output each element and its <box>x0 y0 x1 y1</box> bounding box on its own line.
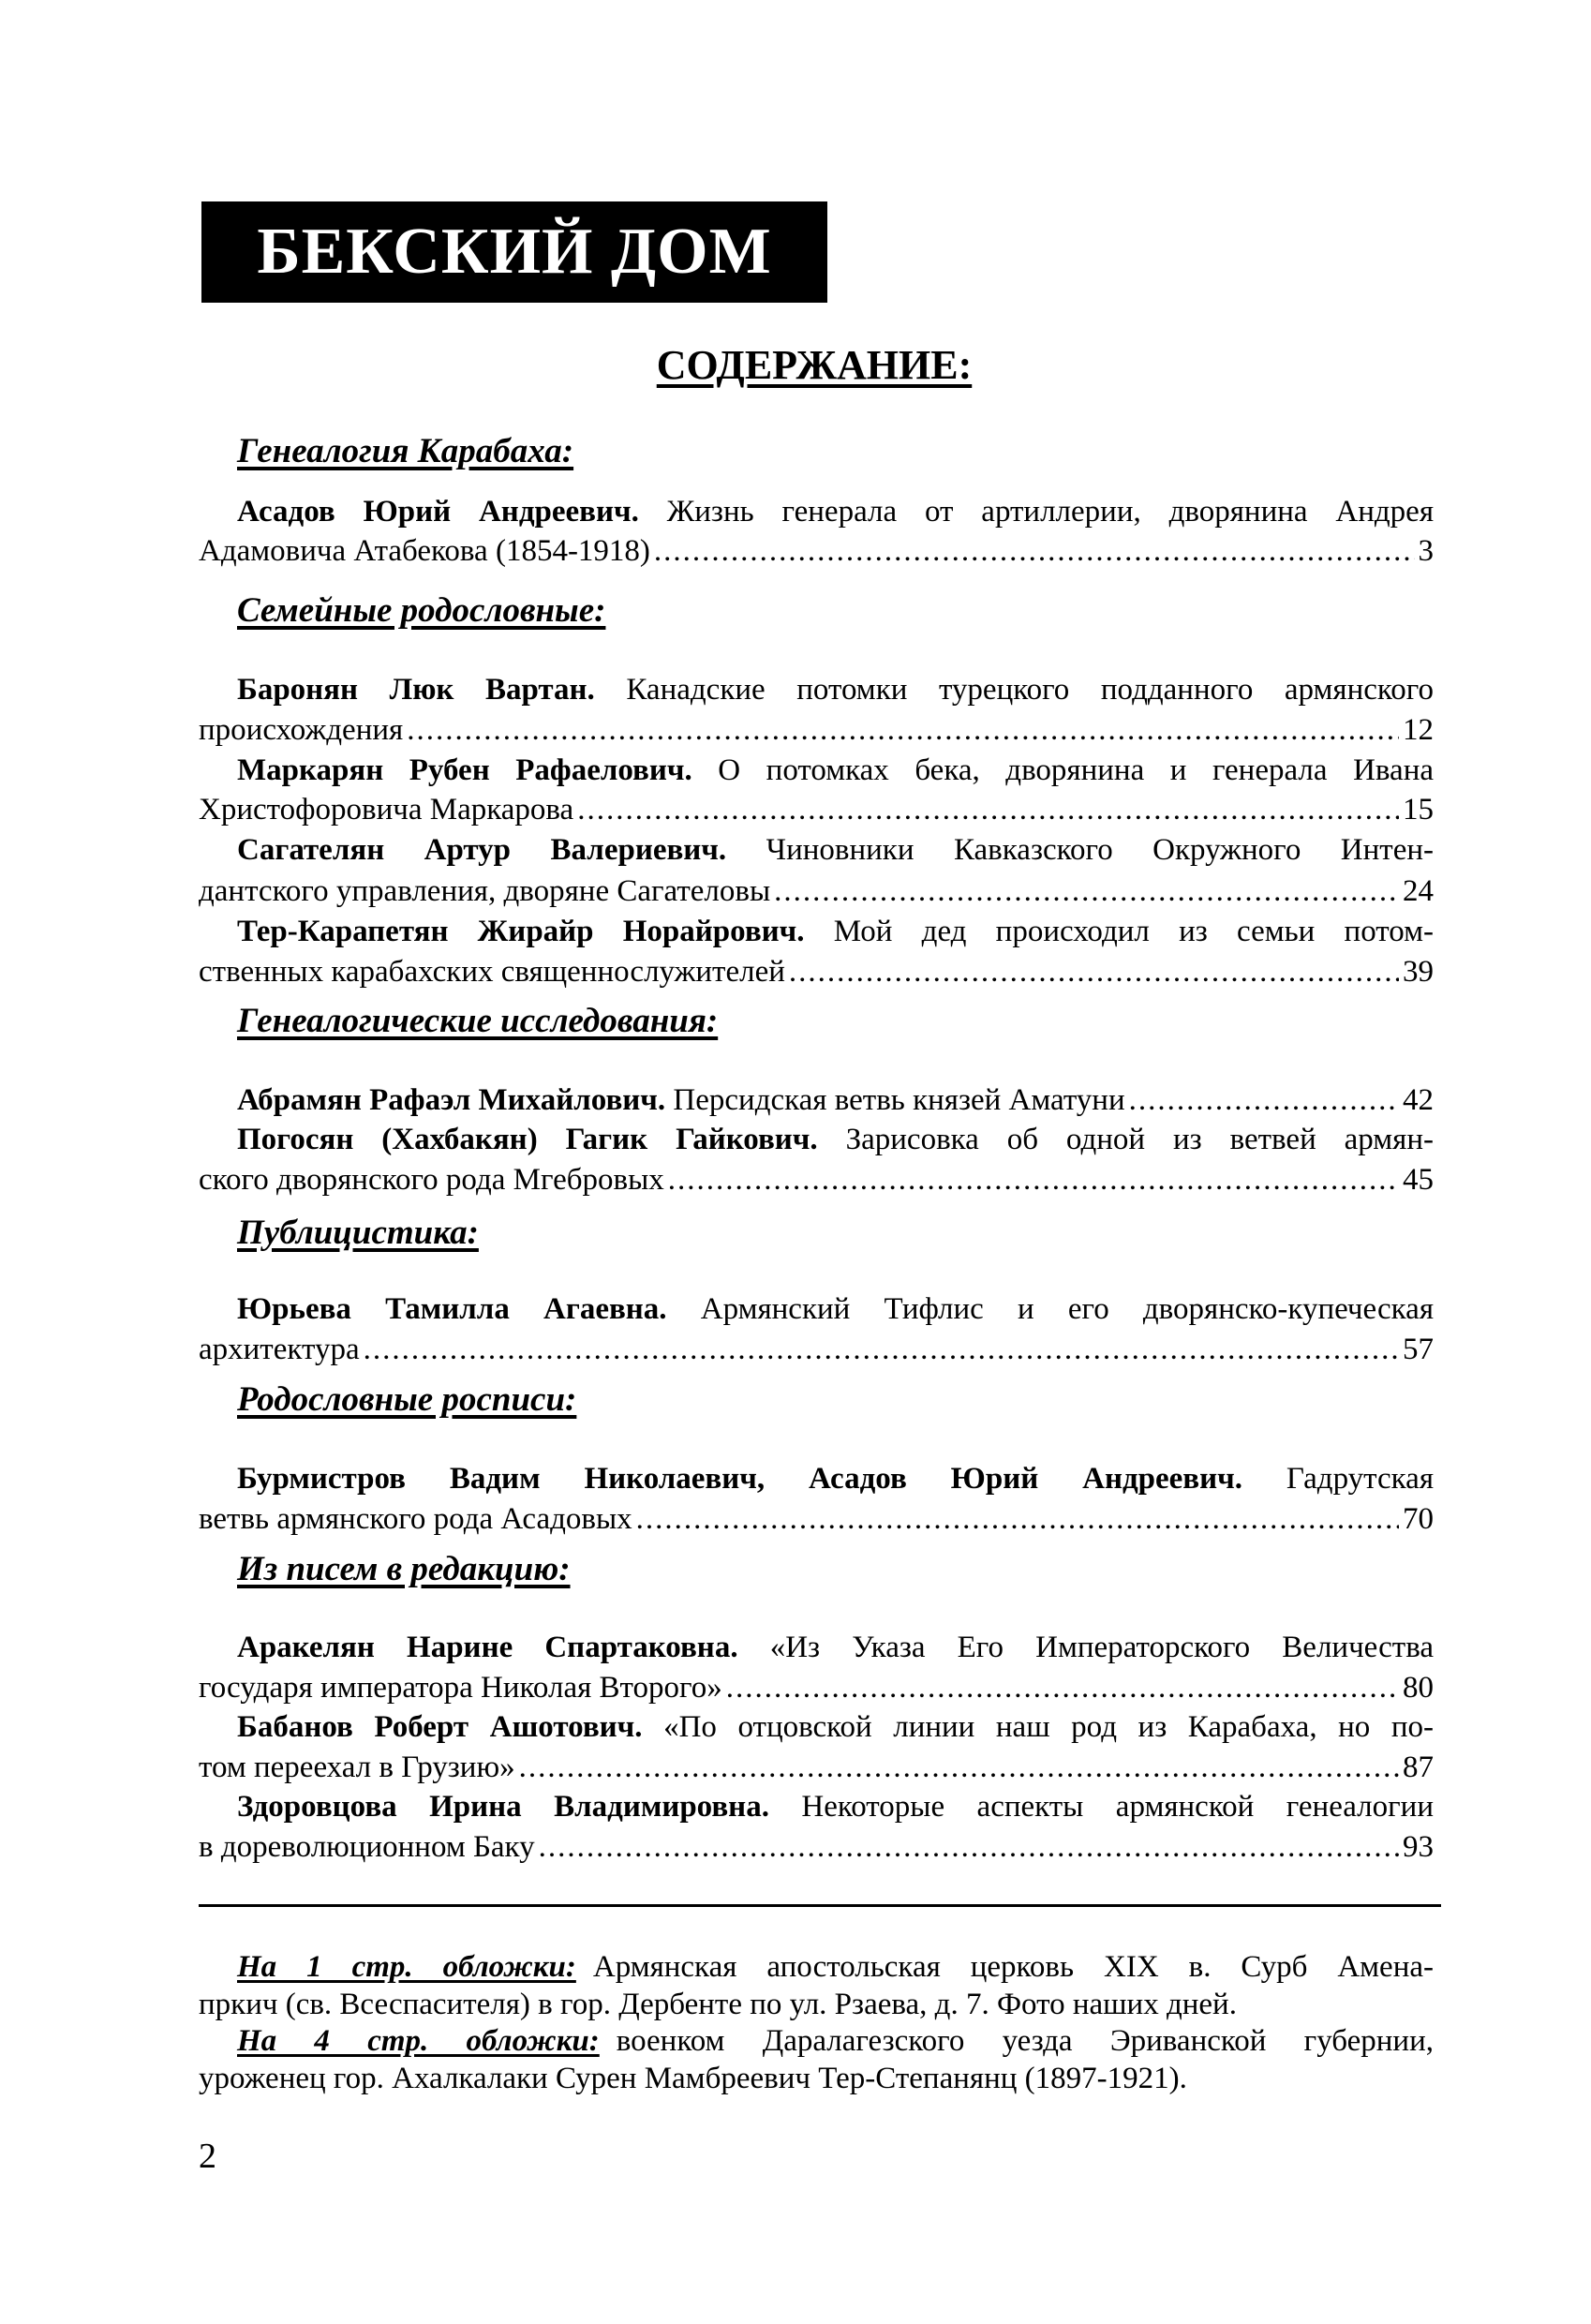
section-heading: Генеалогические исследования: <box>237 1004 718 1038</box>
toc-entry-line2[interactable]: архитектура57 <box>199 1334 1434 1365</box>
toc-entry-line1: Асадов Юрий Андреевич. Жизнь генерала от… <box>199 497 1434 528</box>
entry-page: 57 <box>1403 1334 1434 1365</box>
dot-leader <box>364 1334 1399 1365</box>
entry-page: 42 <box>1403 1085 1434 1116</box>
dot-leader <box>726 1673 1399 1704</box>
dot-leader <box>1129 1085 1399 1116</box>
entry-author: Маркарян Рубен Рафаелович. <box>237 753 692 787</box>
entry-title: О потомках бека, дворянина и генерала Ив… <box>718 753 1434 787</box>
dot-leader <box>668 1165 1399 1196</box>
cover-note-2-line1: На 4 стр. обложки:военком Даралагезского… <box>199 2026 1434 2057</box>
toc-entry-line1: Погосян (Хахбакян) Гагик Гайкович. Зарис… <box>199 1125 1434 1155</box>
entry-author: Здоровцова Ирина Владимировна. <box>237 1790 769 1824</box>
entry-page: 15 <box>1403 795 1434 826</box>
toc-entry-line2[interactable]: ского дворянского рода Мгебровых45 <box>199 1165 1434 1196</box>
toc-entry-line2[interactable]: ветвь армянского рода Асадовых70 <box>199 1504 1434 1535</box>
toc-entry-line1: Маркарян Рубен Рафаелович. О потомках бе… <box>199 755 1434 786</box>
entry-author: Бурмистров Вадим Николаевич, Асадов Юрий… <box>237 1462 1242 1496</box>
cover-note-text: военком Даралагезского уезда Эриванской … <box>617 2024 1434 2058</box>
entry-title: Гадрутская <box>1286 1462 1434 1496</box>
entry-title-cont: в дореволюционном Баку <box>199 1832 535 1863</box>
entry-author: Баронян Люк Вартан. <box>237 673 595 707</box>
entry-author: Аракелян Нарине Спартаковна. <box>237 1631 738 1664</box>
entry-title-cont: происхождения <box>199 715 403 746</box>
dot-leader <box>539 1832 1399 1863</box>
entry-author: Юрьева Тамилла Агаевна. <box>237 1292 667 1326</box>
dot-leader <box>774 876 1399 907</box>
entry-page: 24 <box>1403 876 1434 907</box>
cover-note-label: На 1 стр. обложки: <box>237 1950 576 1984</box>
separator-rule <box>199 1904 1441 1907</box>
toc-entry-line1: Здоровцова Ирина Владимировна. Некоторые… <box>199 1792 1434 1823</box>
entry-title: «Из Указа Его Императорского Величества <box>770 1631 1434 1664</box>
entry-title: Некоторые аспекты армянской генеалогии <box>801 1790 1434 1824</box>
dot-leader <box>519 1752 1399 1783</box>
entry-page: 45 <box>1403 1165 1434 1196</box>
toc-entry-line2[interactable]: Адамовича Атабекова (1854-1918)3 <box>199 536 1434 567</box>
toc-entry-line2[interactable]: том переехал в Грузию»87 <box>199 1752 1434 1783</box>
toc-entry-single[interactable]: Абрамян Рафаэл Михайлович. Персидская ве… <box>237 1085 1434 1116</box>
entry-title: «По отцовской линии наш род из Карабаха,… <box>663 1710 1434 1744</box>
entry-page: 3 <box>1419 536 1435 567</box>
cover-note-1-line2: пркич (св. Всеспасителя) в гор. Дербенте… <box>199 1989 1434 2020</box>
cover-note-1-line1: На 1 стр. обложки:Армянская апостольская… <box>199 1952 1434 1983</box>
section-heading: Генеалогия Карабаха: <box>237 434 573 469</box>
entry-author: Погосян (Хахбакян) Гагик Гайкович. <box>237 1123 818 1156</box>
journal-title: БЕКСКИЙ ДОМ <box>257 219 771 285</box>
dot-leader <box>654 536 1415 567</box>
dot-leader <box>789 957 1399 988</box>
entry-title: Канадские потомки турецкого подданного а… <box>626 673 1434 707</box>
toc-entry-line2[interactable]: государя императора Николая Второго»80 <box>199 1673 1434 1704</box>
entry-page: 12 <box>1403 715 1434 746</box>
entry-title-cont: ского дворянского рода Мгебровых <box>199 1165 664 1196</box>
cover-note-2-line2: уроженец гор. Ахалкалаки Сурен Мамбрееви… <box>199 2063 1434 2094</box>
entry-title-cont: Адамовича Атабекова (1854-1918) <box>199 536 650 567</box>
toc-entry-line2[interactable]: происхождения12 <box>199 715 1434 746</box>
toc-entry-line1: Тер-Карапетян Жирайр Норайрович. Мой дед… <box>199 916 1434 947</box>
entry-title: Зарисовка об одной из ветвей армян- <box>846 1123 1434 1156</box>
entry-author: Бабанов Роберт Ашотович. <box>237 1710 643 1744</box>
entry-author: Сагателян Артур Валериевич. <box>237 833 726 867</box>
entry-title: Армянский Тифлис и его дворянско-купечес… <box>701 1292 1434 1326</box>
page-number: 2 <box>199 2138 216 2174</box>
entry-title-cont: архитектура <box>199 1334 360 1365</box>
entry-title-cont: том переехал в Грузию» <box>199 1752 515 1783</box>
entry-author: Асадов Юрий Андреевич. <box>237 495 639 529</box>
entry-page: 87 <box>1403 1752 1434 1783</box>
toc-title: СОДЕРЖАНИЕ: <box>0 345 1591 386</box>
journal-title-banner: БЕКСКИЙ ДОМ <box>201 201 827 303</box>
toc-entry-line2[interactable]: ственных карабахских священнослужителей3… <box>199 957 1434 988</box>
section-heading: Публицистика: <box>237 1215 479 1250</box>
entry-title: Жизнь генерала от артиллерии, дворянина … <box>667 495 1434 529</box>
entry-author: Тер-Карапетян Жирайр Норайрович. <box>237 915 805 948</box>
toc-entry-line2[interactable]: Христофоровича Маркарова15 <box>199 795 1434 826</box>
toc-entry-line1: Аракелян Нарине Спартаковна. «Из Указа Е… <box>199 1632 1434 1663</box>
entry-title: Чиновники Кавказского Окружного Интен- <box>766 833 1434 867</box>
toc-entry-line1: Сагателян Артур Валериевич. Чиновники Ка… <box>199 835 1434 866</box>
entry-title: Персидская ветвь князей Аматуни <box>673 1083 1124 1117</box>
toc-entry-line1: Юрьева Тамилла Агаевна. Армянский Тифлис… <box>199 1294 1434 1325</box>
entry-title-cont: ветвь армянского рода Асадовых <box>199 1504 632 1535</box>
section-heading: Родословные росписи: <box>237 1382 576 1417</box>
toc-entry-line2[interactable]: в дореволюционном Баку93 <box>199 1832 1434 1863</box>
dot-leader <box>577 795 1399 826</box>
dot-leader <box>407 715 1399 746</box>
cover-note-text: Армянская апостольская церковь XIX в. Су… <box>593 1950 1434 1984</box>
dot-leader <box>636 1504 1399 1535</box>
toc-entry-line2[interactable]: дантского управления, дворяне Сагателовы… <box>199 876 1434 907</box>
entry-page: 39 <box>1403 957 1434 988</box>
entry-page: 70 <box>1403 1504 1434 1535</box>
entry-page: 93 <box>1403 1832 1434 1863</box>
entry-title-cont: Христофоровича Маркарова <box>199 795 573 826</box>
entry-author: Абрамян Рафаэл Михайлович. <box>237 1083 665 1117</box>
entry-page: 80 <box>1403 1673 1434 1704</box>
cover-note-label: На 4 стр. обложки: <box>237 2024 600 2058</box>
entry-title: Мой дед происходил из семьи потом- <box>834 915 1434 948</box>
section-heading: Из писем в редакцию: <box>237 1552 571 1587</box>
entry-title-cont: государя императора Николая Второго» <box>199 1673 722 1704</box>
toc-entry-line1: Баронян Люк Вартан. Канадские потомки ту… <box>199 675 1434 706</box>
entry-title-cont: ственных карабахских священнослужителей <box>199 957 785 988</box>
toc-entry-line1: Бурмистров Вадим Николаевич, Асадов Юрий… <box>199 1464 1434 1495</box>
section-heading: Семейные родословные: <box>237 593 605 628</box>
entry-title-cont: дантского управления, дворяне Сагателовы <box>199 876 770 907</box>
toc-entry-line1: Бабанов Роберт Ашотович. «По отцовской л… <box>199 1712 1434 1743</box>
